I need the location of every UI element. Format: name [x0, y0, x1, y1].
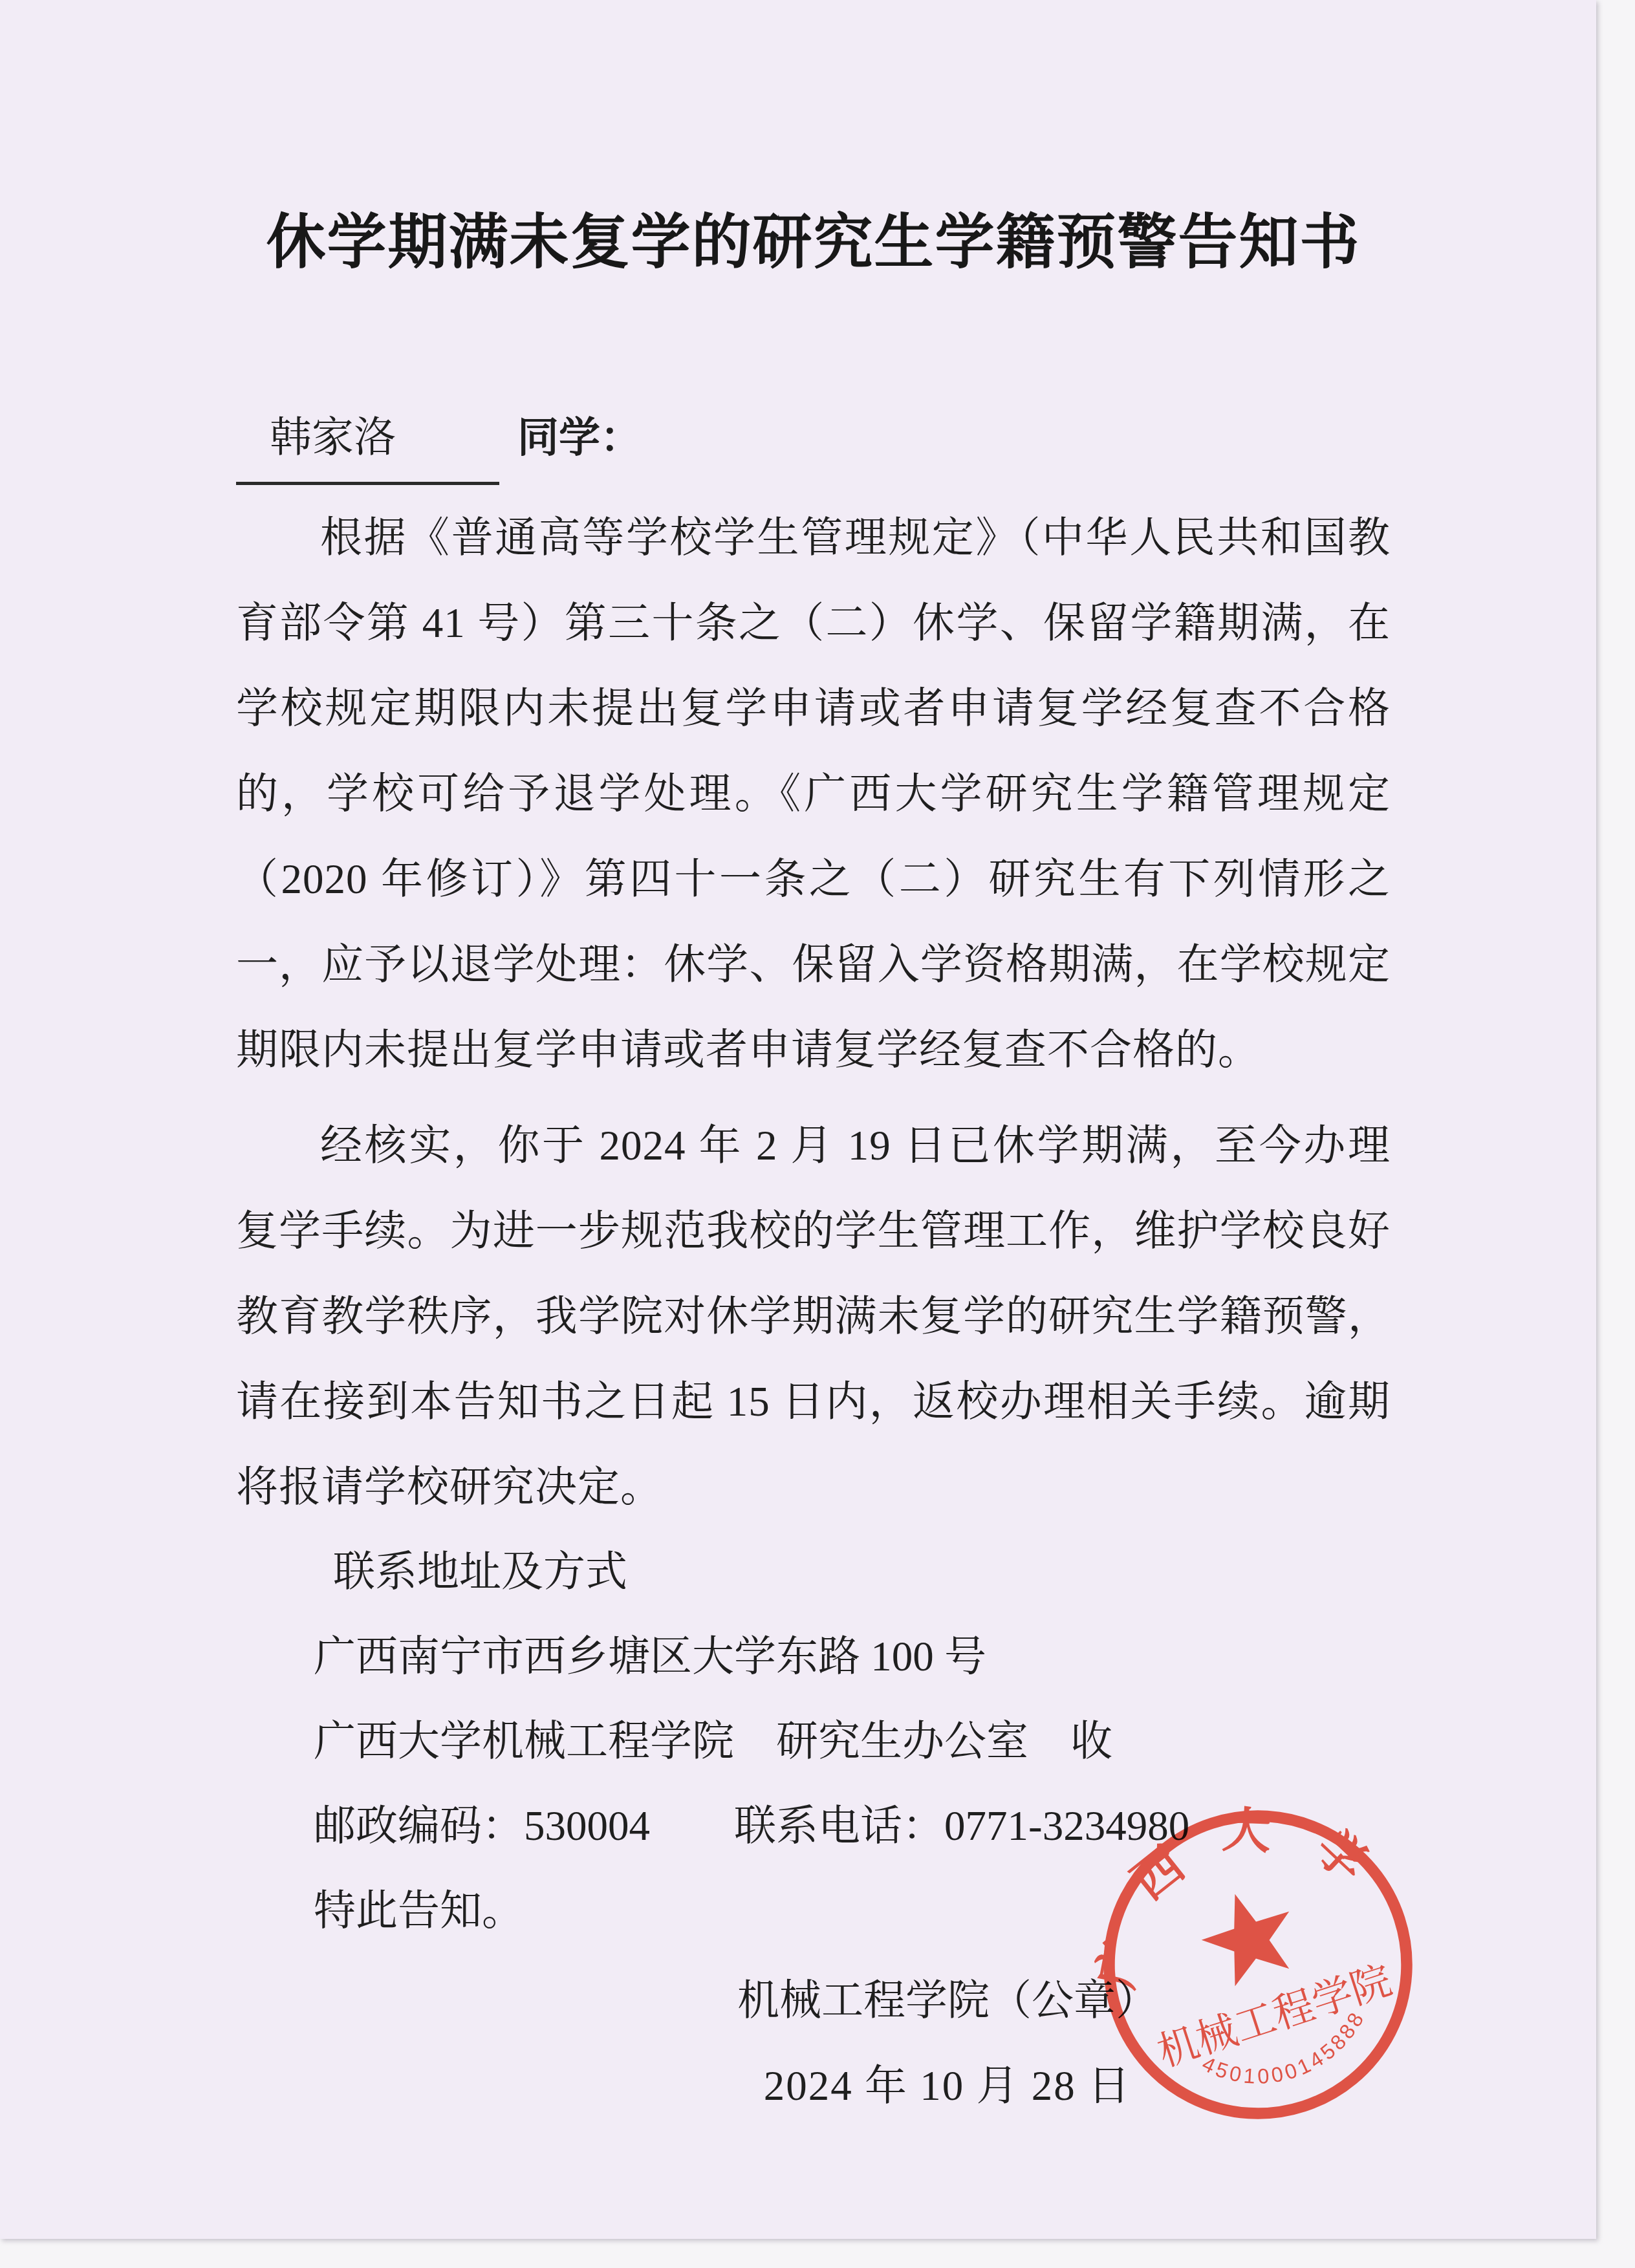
scanned-notice-page: { "document": { "title": "休学期满未复学的研究生学籍预…	[0, 0, 1635, 2268]
postal-code-value: 530004	[524, 1803, 650, 1850]
postal-code-label: 邮政编码：	[314, 1803, 524, 1850]
salutation-suffix: 同学：	[517, 414, 642, 460]
phone-label: 联系电话：	[734, 1803, 944, 1850]
contact-heading: 联系地址及方式	[333, 1530, 1391, 1615]
document-title: 休学期满未复学的研究生学籍预警告知书	[236, 207, 1391, 278]
contact-address-line1: 广西南宁市西乡塘区大学东路 100 号	[314, 1615, 1391, 1700]
phone-value: 0771-3234980	[944, 1803, 1189, 1850]
contact-address-line2: 广西大学机械工程学院 研究生办公室 收	[314, 1700, 1391, 1784]
salutation-line: 韩家洛同学：	[236, 394, 1391, 485]
body-paragraph-2: 经核实，你于 2024 年 2 月 19 日已休学期满，至今办理复学手续。为进一…	[236, 1103, 1391, 1530]
signature-block: 机械工程学院（公章） 2024 年 10 月 28 日	[737, 1980, 1158, 2108]
seal-serial-arc-text: 4501000145888	[1193, 2002, 1381, 2110]
signature-date: 2024 年 10 月 28 日	[737, 2065, 1158, 2108]
paper-sheet: 休学期满未复学的研究生学籍预警告知书 韩家洛同学： 根据《普通高等学校学生管理规…	[0, 0, 1596, 2239]
closing-statement: 特此告知。	[314, 1869, 1391, 1954]
body-paragraph-1: 根据《普通高等学校学生管理规定》（中华人民共和国教育部令第 41 号）第三十条之…	[236, 495, 1391, 1093]
signature-unit: 机械工程学院（公章）	[737, 1980, 1158, 2022]
student-name: 韩家洛	[236, 395, 499, 485]
seal-unit-text: 机械工程学院	[1153, 1958, 1397, 2075]
contact-postal-phone-line: 邮政编码：530004联系电话：0771-3234980	[314, 1784, 1391, 1869]
svg-text:4501000145888: 4501000145888	[1193, 2002, 1381, 2110]
